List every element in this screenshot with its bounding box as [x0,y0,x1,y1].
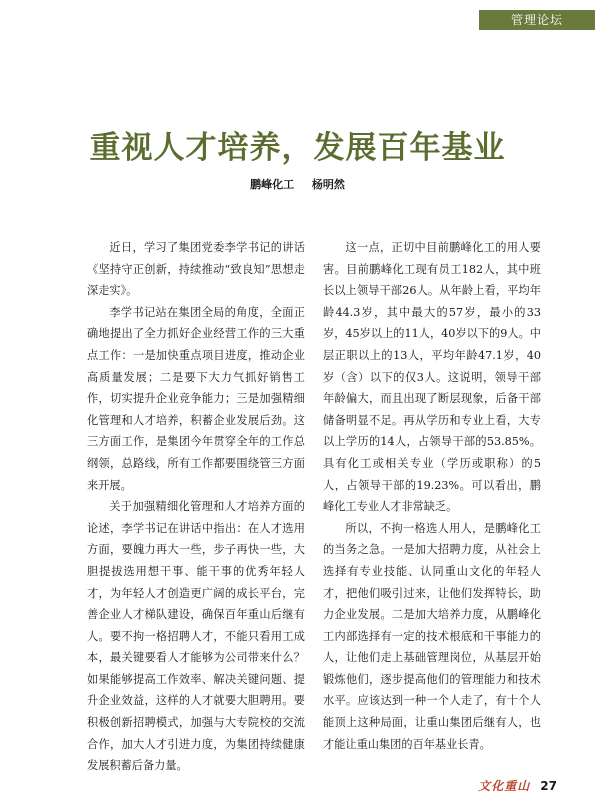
paragraph: 关于加强精细化管理和人才培养方面的论述，李学书记在讲话中指出：在人才选用方面，要… [87,496,305,777]
right-column: 这一点，正切中目前鹏峰化工的用人要害。目前鹏峰化工现有员工182人，其中班长以上… [323,237,541,755]
section-tab: 管理论坛 [479,10,595,30]
paragraph: 所以，不拘一格选人用人，是鹏峰化工的当务之急。一是加大招聘力度，从社会上选择有专… [323,518,541,756]
byline-author: 杨明然 [312,178,345,191]
article-title: 重视人才培养，发展百年基业 [0,122,595,167]
magazine-logo: 文化重山 [478,777,530,794]
page-number: 27 [540,779,557,793]
byline: 鹏峰化工 杨明然 [0,176,595,192]
byline-org: 鹏峰化工 [250,178,294,191]
page-footer: 文化重山 27 [478,777,557,794]
left-column: 近日，学习了集团党委李学书记的讲话《坚持守正创新，持续推动“致良知”思想走深走实… [87,237,305,777]
paragraph: 近日，学习了集团党委李学书记的讲话《坚持守正创新，持续推动“致良知”思想走深走实… [87,237,305,302]
paragraph: 这一点，正切中目前鹏峰化工的用人要害。目前鹏峰化工现有员工182人，其中班长以上… [323,237,541,518]
paragraph: 李学书记站在集团全局的角度，全面正确地提出了全力抓好企业经营工作的三大重点工作：… [87,302,305,496]
